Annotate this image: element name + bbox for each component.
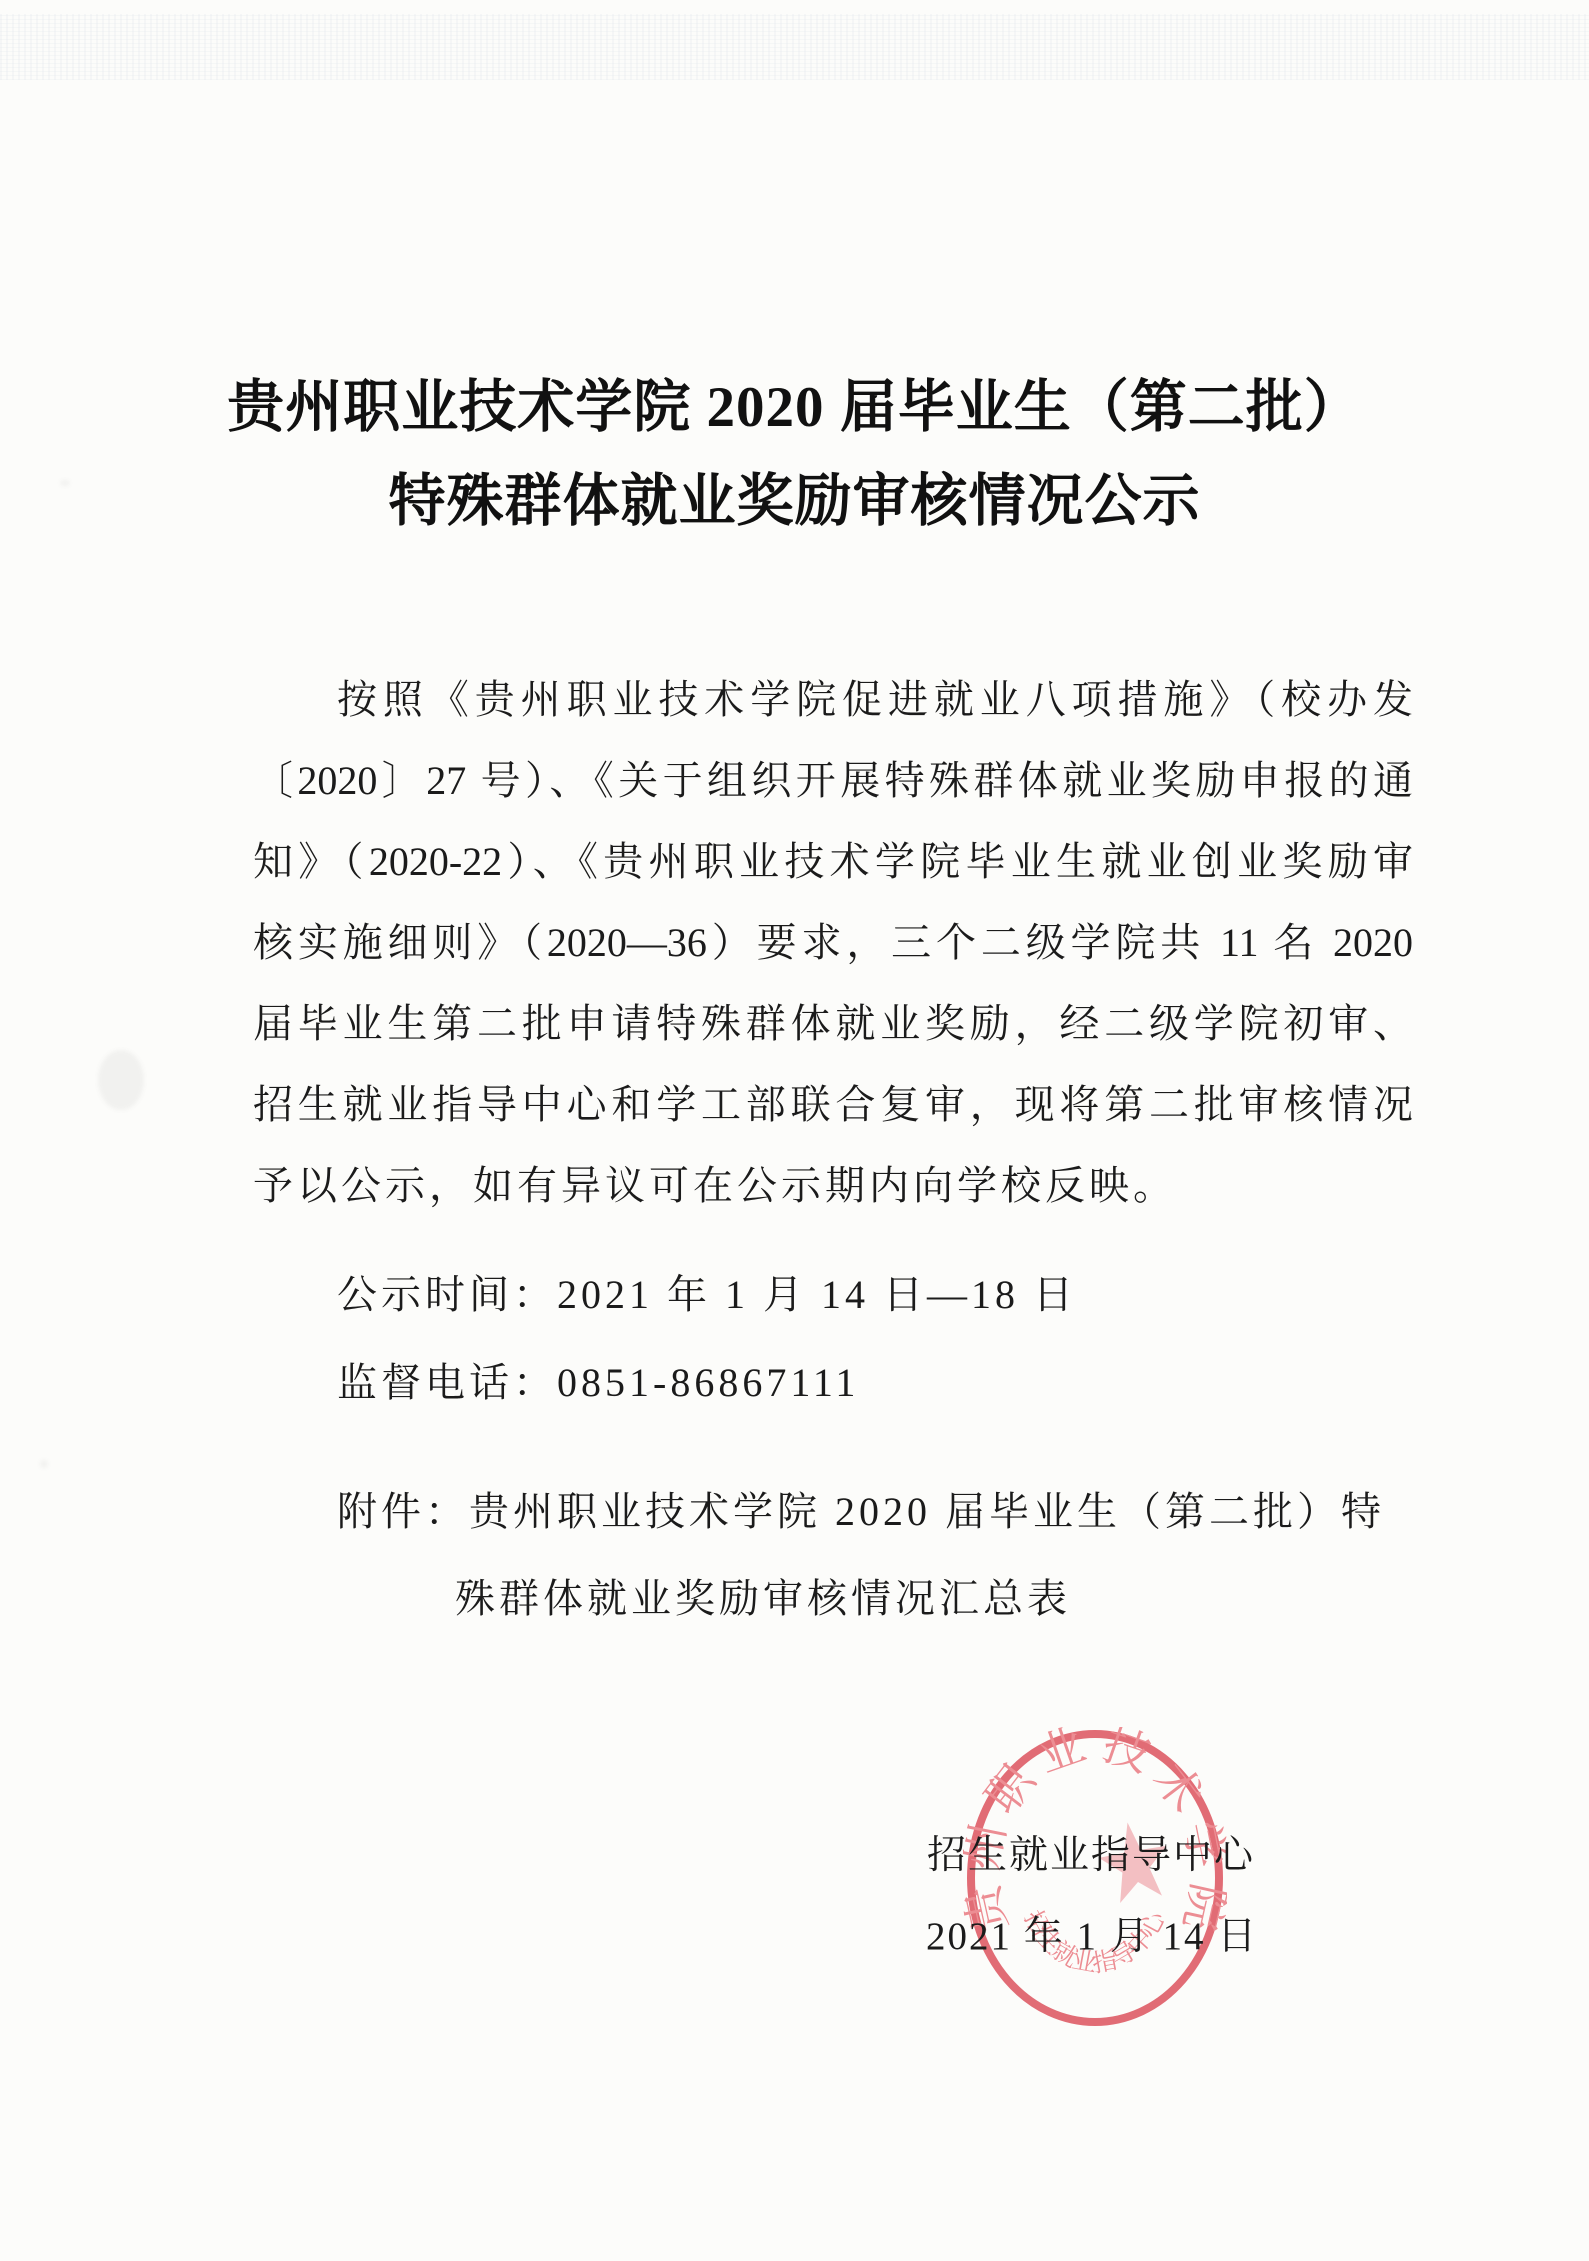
paragraph-line: 〔2020〕27 号）、《关于组织开展特殊群体就业奖励申报的通 [253, 753, 1413, 809]
document-page: 贵州职业技术学院 2020 届毕业生（第二批） 特殊群体就业奖励审核情况公示 按… [0, 0, 1589, 2261]
paragraph-line: 届毕业生第二批申请特殊群体就业奖励，经二级学院初审、 [253, 996, 1413, 1052]
scan-noise-band [0, 14, 1589, 80]
signature-date: 2021 年 1 月 14 日 [926, 1909, 1256, 1965]
attachment-line-2: 殊群体就业奖励审核情况汇总表 [455, 1571, 1071, 1627]
supervision-phone-line: 监督电话：0851-86867111 [337, 1355, 859, 1411]
publicity-period-line: 公示时间：2021 年 1 月 14 日—18 日 [337, 1267, 1077, 1323]
scan-smudge [40, 1460, 48, 1468]
document-title-line-2: 特殊群体就业奖励审核情况公示 [0, 470, 1589, 534]
signature-department: 招生就业指导中心 [926, 1828, 1256, 1884]
scan-smudge [98, 1050, 144, 1110]
paragraph-line: 招生就业指导中心和学工部联合复审，现将第二批审核情况 [253, 1077, 1413, 1133]
paragraph-line: 予以公示，如有异议可在公示期内向学校反映。 [253, 1158, 1177, 1214]
document-title-line-1: 贵州职业技术学院 2020 届毕业生（第二批） [0, 376, 1589, 440]
attachment-line-1: 附件：贵州职业技术学院 2020 届毕业生（第二批）特 [337, 1484, 1385, 1540]
paragraph-line: 按照《贵州职业技术学院促进就业八项措施》（校办发 [253, 672, 1413, 728]
paragraph-line: 核实施细则》（2020—36）要求，三个二级学院共 11 名 2020 [253, 915, 1413, 971]
paragraph-line: 知》（2020-22）、《贵州职业技术学院毕业生就业创业奖励审 [253, 834, 1413, 890]
